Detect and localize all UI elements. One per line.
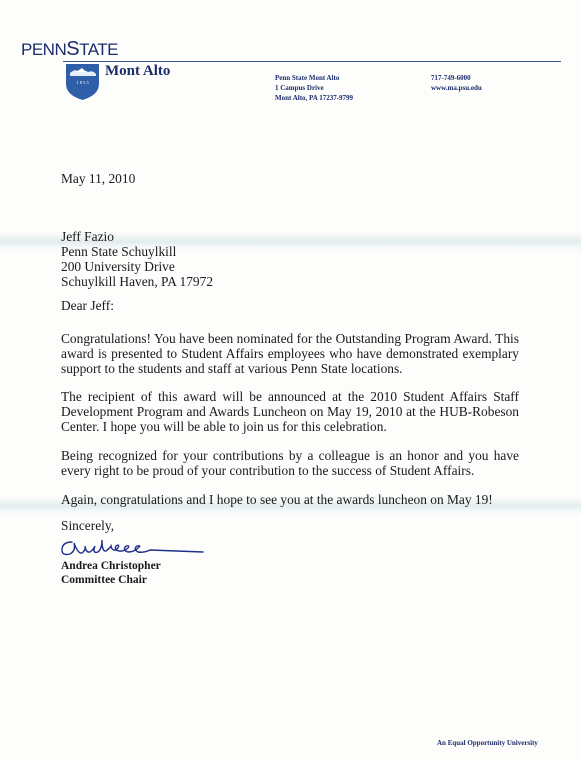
address-line: 1 Campus Drive: [275, 83, 353, 93]
campus-contact: 717-749-6000 www.ma.psu.edu: [431, 73, 482, 93]
address-line: Mont Alto, PA 17237-9799: [275, 93, 353, 103]
body-paragraph: The recipient of this award will be anno…: [61, 389, 519, 434]
address-line: Penn State Mont Alto: [275, 73, 353, 83]
letterhead-divider: [63, 61, 561, 62]
wordmark-part: PENN: [21, 40, 66, 59]
wordmark-part: S: [66, 38, 79, 60]
recipient-name: Jeff Fazio: [61, 229, 213, 244]
signer-name: Andrea Christopher: [61, 559, 161, 573]
signer-title: Committee Chair: [61, 573, 161, 587]
body-paragraph: Being recognized for your contributions …: [61, 448, 519, 478]
closing: Sincerely,: [61, 518, 114, 534]
recipient-organization: Penn State Schuylkill: [61, 244, 213, 259]
body-paragraph: Congratulations! You have been nominated…: [61, 331, 519, 376]
letter-date: May 11, 2010: [61, 171, 135, 187]
website-url: www.ma.psu.edu: [431, 83, 482, 93]
footer-statement: An Equal Opportunity University: [437, 739, 538, 747]
signer-block: Andrea Christopher Committee Chair: [61, 559, 161, 587]
body-paragraph: Again, congratulations and I hope to see…: [61, 492, 519, 507]
letter-page: PENNSTATE 1 8 5 5 Mont Alto Penn State M…: [0, 0, 581, 760]
penn-state-wordmark: PENNSTATE: [21, 38, 118, 61]
phone-number: 717-749-6000: [431, 73, 482, 83]
svg-text:1 8 5 5: 1 8 5 5: [76, 80, 89, 85]
university-shield-icon: 1 8 5 5: [66, 64, 99, 100]
recipient-city-state: Schuylkill Haven, PA 17972: [61, 274, 213, 289]
recipient-address: Jeff Fazio Penn State Schuylkill 200 Uni…: [61, 229, 213, 289]
campus-address: Penn State Mont Alto 1 Campus Drive Mont…: [275, 73, 353, 103]
svg-text:Andrea: Andrea: [58, 534, 61, 535]
campus-name: Mont Alto: [105, 63, 170, 80]
salutation: Dear Jeff:: [61, 298, 114, 314]
recipient-street: 200 University Drive: [61, 259, 213, 274]
wordmark-part: TATE: [79, 40, 118, 59]
